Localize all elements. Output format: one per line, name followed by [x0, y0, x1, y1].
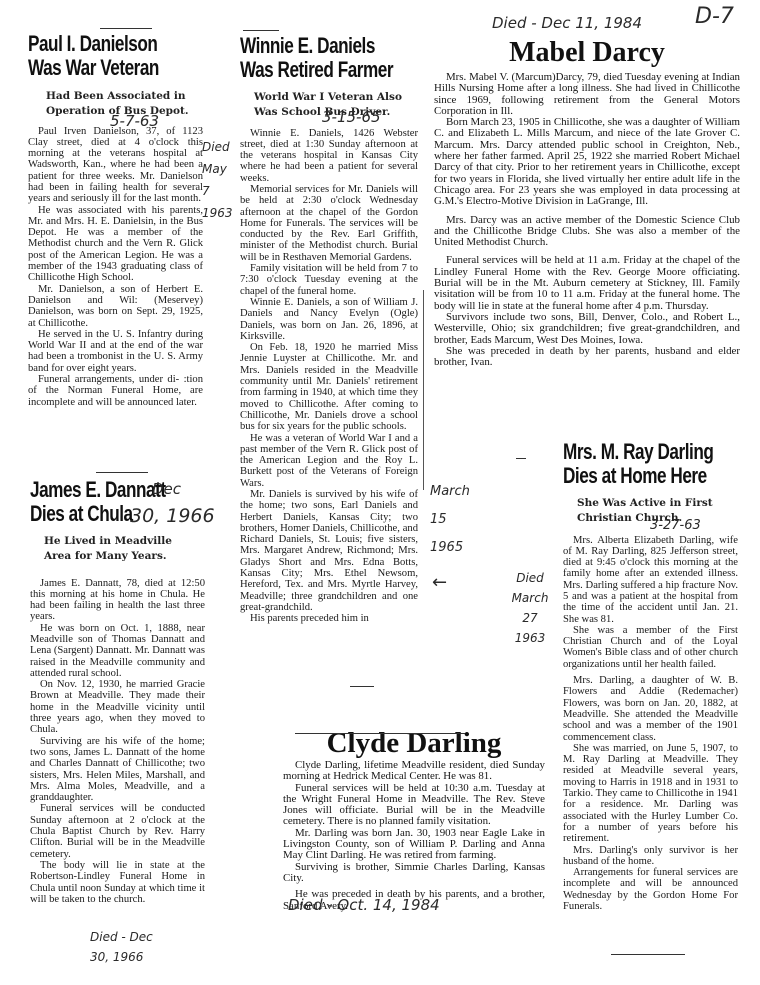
- handwritten-date: 3-15-65: [322, 108, 381, 126]
- arrow-mark-icon: ←: [432, 572, 447, 593]
- handwritten-died-note: Died - Dec 11, 1984: [492, 14, 642, 32]
- headline: Paul I. Danielson Was War Veteran: [28, 32, 165, 80]
- page-label: D-7: [695, 4, 734, 29]
- clipping-m-ray-darling: Mrs. M. Ray Darling Dies at Home Here Sh…: [563, 440, 738, 912]
- article-body: Paul Irven Danielson, 37, of 1123 Clay s…: [28, 126, 203, 408]
- article-body: Mrs. Mabel V. (Marcum)Darcy, 79, died Tu…: [434, 72, 740, 368]
- article-body: Winnie E. Daniels, 1426 Webster street, …: [240, 128, 418, 625]
- article-body: Clyde Darling, lifetime Meadville reside…: [283, 760, 545, 912]
- handwritten-died-note: DiedMarch271963: [510, 568, 550, 648]
- handwritten-date: Dec: [152, 480, 181, 498]
- subhead: He Lived in Meadville Area for Many Year…: [30, 534, 205, 564]
- column-divider: [423, 290, 424, 490]
- handwritten-died-note: DiedMay71963: [202, 136, 232, 224]
- handwritten-died-note: 30, 1966: [90, 950, 143, 964]
- headline: Mabel Darcy: [434, 38, 740, 68]
- headline: Mrs. M. Ray Darling Dies at Home Here: [563, 440, 700, 488]
- handwritten-died-note: Died - Oct. 14, 1984: [288, 896, 440, 914]
- clipping-clyde-darling: Clyde Darling Clyde Darling, lifetime Me…: [283, 728, 545, 912]
- clipping-dannatt: James E. Dannatt Dies at Chula He Lived …: [30, 472, 205, 905]
- clipping-darcy: Mabel Darcy Mrs. Mabel V. (Marcum)Darcy,…: [434, 38, 740, 368]
- handwritten-died-note: March151965: [430, 478, 470, 562]
- handwritten-died-note: Died - Dec: [90, 930, 153, 944]
- article-body: Mrs. Alberta Elizabeth Darling, wife of …: [563, 535, 738, 913]
- headline: Winnie E. Daniels Was Retired Farmer: [240, 34, 379, 82]
- handwritten-date: 5-7-63: [110, 112, 159, 130]
- handwritten-date: 30, 1966: [130, 505, 215, 527]
- handwritten-date: 3-27-63: [650, 518, 701, 533]
- article-body: James E. Dannatt, 78, died at 12:50 this…: [30, 578, 205, 906]
- clipping-danielson: Paul I. Danielson Was War Veteran Had Be…: [28, 28, 203, 408]
